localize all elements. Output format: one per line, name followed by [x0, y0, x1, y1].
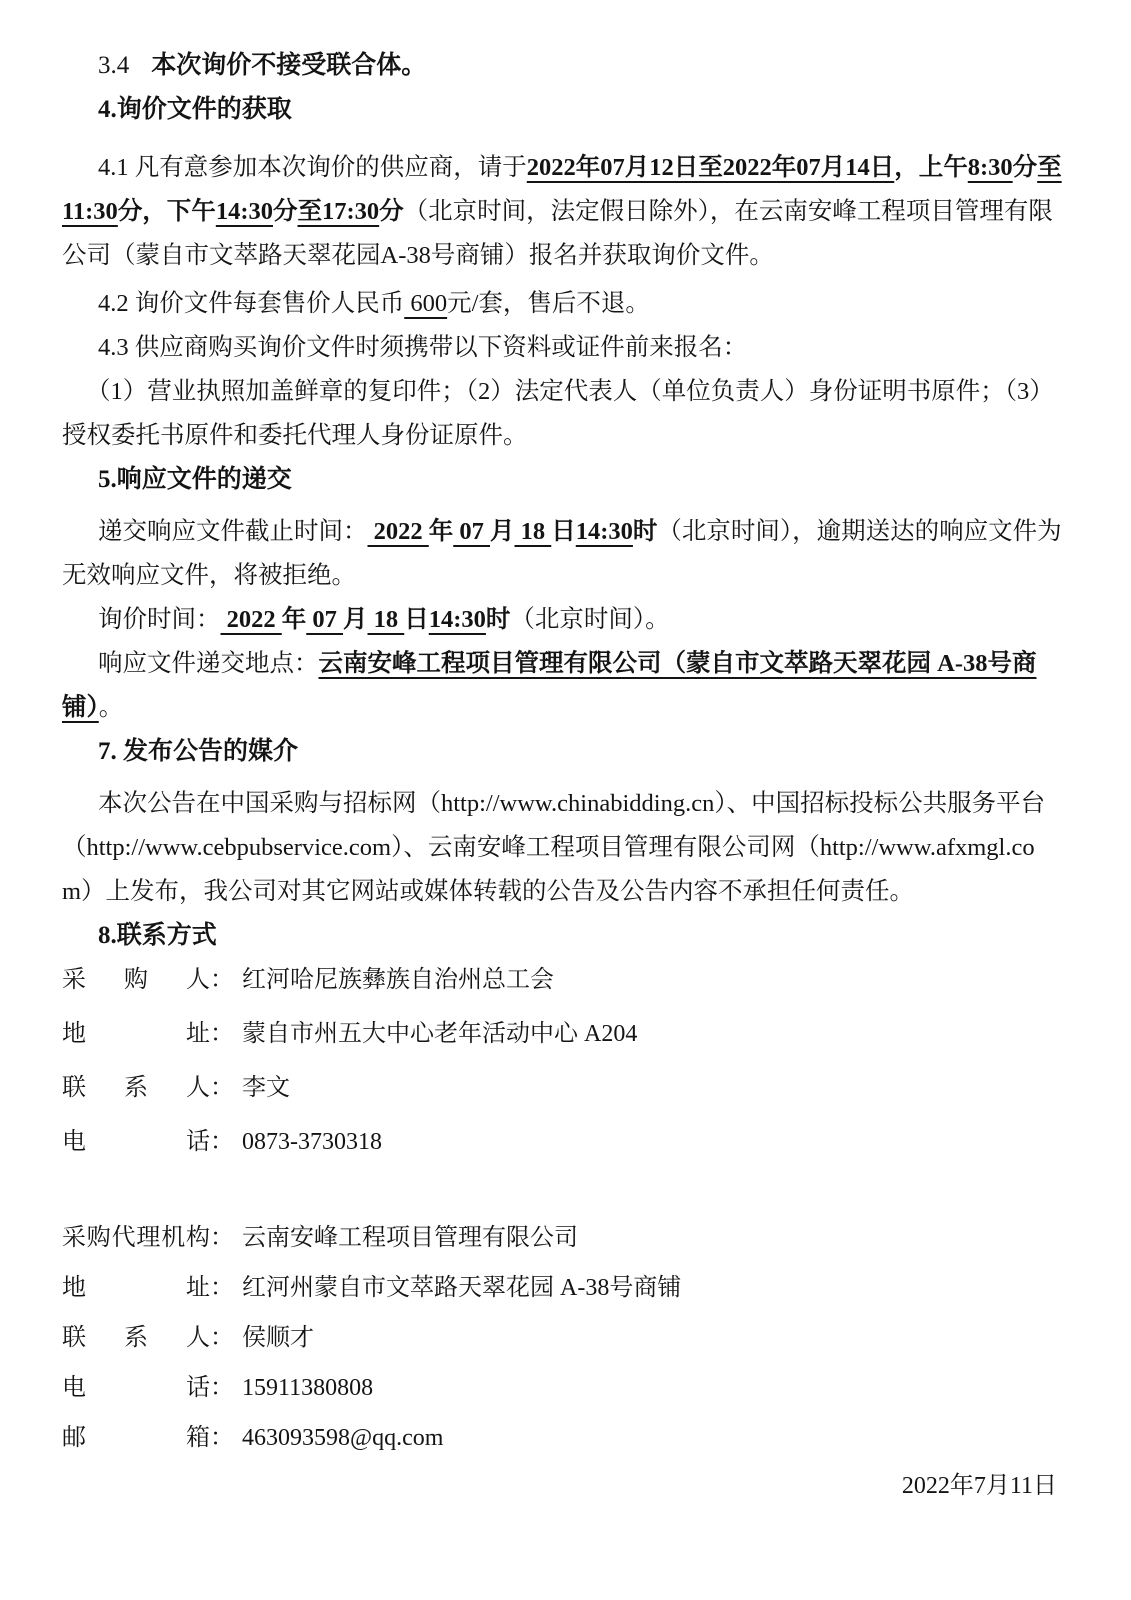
paragraph-5-deadline: 递交响应文件截止时间： 2022 年 07 月 18 日14:30时（北京时间）… [62, 510, 1065, 598]
text-run: ，上午 [894, 154, 968, 181]
text-run-time: 14:30 [576, 518, 633, 545]
contact-row-phone: 电话：0873-3730318 [62, 1128, 1065, 1182]
text-run: 。 [99, 694, 124, 721]
contact-row-address: 地址：红河州蒙自市文萃路天翠花园 A-38号商铺 [62, 1274, 1065, 1324]
document-content: 3.4本次询价不接受联合体。 4.询价文件的获取 4.1 凡有意参加本次询价的供… [0, 0, 1131, 1474]
contact-value: 15911380808 [234, 1375, 373, 1401]
text-run-time: 14:30 [429, 606, 486, 633]
paragraph-4-2: 4.2 询价文件每套售价人民币 600元/套，售后不退。 [62, 282, 1065, 326]
text-run: 4.2 询价文件每套售价人民币 [98, 290, 404, 317]
contact-row-email: 邮箱：463093598@qq.com [62, 1424, 1065, 1474]
contact-colon: ： [210, 967, 234, 993]
document-date: 2022年7月11日 [902, 1472, 1057, 1500]
text-run: 询价时间： [98, 606, 221, 633]
text-run-day: 18 [515, 518, 552, 545]
contact-colon: ： [210, 1129, 234, 1155]
text-run-time: 8:30 [968, 154, 1013, 181]
section-heading-5: 5.响应文件的递交 [62, 458, 1065, 502]
contact-label: 地址 [62, 1020, 210, 1048]
contact-value: 0873-3730318 [234, 1129, 382, 1155]
text-run-year: 2022 [221, 606, 282, 633]
clause-3-4: 3.4本次询价不接受联合体。 [62, 44, 1065, 88]
contact-colon: ： [210, 1425, 234, 1451]
contact-colon: ： [210, 1375, 234, 1401]
paragraph-4-3: 4.3 供应商购买询价文件时须携带以下资料或证件前来报名： [62, 326, 1065, 370]
section-heading-4: 4.询价文件的获取 [62, 88, 1065, 132]
clause-text: 本次询价不接受联合体。 [151, 52, 426, 79]
contact-colon: ： [210, 1075, 234, 1101]
clause-number: 3.4 [98, 52, 129, 79]
contact-label: 采购代理机构 [62, 1224, 210, 1252]
contact-label: 联系人 [62, 1074, 210, 1102]
contact-row-buyer: 采购人：红河哈尼族彝族自治州总工会 [62, 966, 1065, 1020]
document-page: 3.4本次询价不接受联合体。 4.询价文件的获取 4.1 凡有意参加本次询价的供… [0, 0, 1131, 1600]
text-run: 响应文件递交地点： [98, 650, 319, 677]
contact-row-phone: 电话：15911380808 [62, 1374, 1065, 1424]
text-run: 月 [343, 606, 368, 633]
section-heading-8: 8.联系方式 [62, 914, 1065, 958]
buyer-contact-block: 采购人：红河哈尼族彝族自治州总工会 地址：蒙自市州五大中心老年活动中心 A204… [62, 966, 1065, 1182]
text-run: 时 [633, 518, 658, 545]
contact-value: 蒙自市州五大中心老年活动中心 A204 [234, 1021, 637, 1047]
contact-colon: ： [210, 1275, 234, 1301]
text-run: 月 [490, 518, 515, 545]
text-run-month: 07 [306, 606, 343, 633]
paragraph-4-3-items: （1）营业执照加盖鲜章的复印件；（2）法定代表人（单位负责人）身份证明书原件；（… [62, 370, 1065, 458]
text-run-time: 14:30 [216, 198, 273, 225]
paragraph-5-inquiry-time: 询价时间： 2022 年 07 月 18 日14:30时（北京时间）。 [62, 598, 1065, 642]
text-run: （北京时间）。 [510, 606, 669, 633]
text-run-price: 600 [404, 290, 447, 317]
contact-value: 红河州蒙自市文萃路天翠花园 A-38号商铺 [234, 1275, 681, 1301]
text-run-month: 07 [453, 518, 490, 545]
agent-contact-block: 采购代理机构：云南安峰工程项目管理有限公司 地址：红河州蒙自市文萃路天翠花园 A… [62, 1224, 1065, 1474]
text-run-year: 2022 [368, 518, 429, 545]
contact-row-person: 联系人：李文 [62, 1074, 1065, 1128]
section-heading-7: 7. 发布公告的媒介 [62, 730, 1065, 774]
contact-row-agency: 采购代理机构：云南安峰工程项目管理有限公司 [62, 1224, 1065, 1274]
paragraph-4-1: 4.1 凡有意参加本次询价的供应商，请于2022年07月12日至2022年07月… [62, 146, 1065, 278]
contact-label: 邮箱 [62, 1424, 210, 1452]
text-run: 4.1 凡有意参加本次询价的供应商，请于 [98, 154, 527, 181]
contact-label: 地址 [62, 1274, 210, 1302]
contact-row-address: 地址：蒙自市州五大中心老年活动中心 A204 [62, 1020, 1065, 1074]
text-run: 日 [551, 518, 576, 545]
contact-value: 463093598@qq.com [234, 1425, 443, 1451]
contact-label: 电话 [62, 1128, 210, 1156]
contact-value: 云南安峰工程项目管理有限公司 [234, 1225, 578, 1251]
paragraph-7-media: 本次公告在中国采购与招标网（http://www.chinabidding.cn… [62, 782, 1065, 914]
contact-value: 李文 [234, 1075, 290, 1101]
contact-label: 联系人 [62, 1324, 210, 1352]
text-run: 分 [273, 198, 298, 225]
text-run: 年 [429, 518, 454, 545]
contact-colon: ： [210, 1225, 234, 1251]
contact-value: 侯顺才 [234, 1325, 314, 1351]
contact-row-person: 联系人：侯顺才 [62, 1324, 1065, 1374]
text-run: 递交响应文件截止时间： [98, 518, 368, 545]
contact-colon: ： [210, 1021, 234, 1047]
contact-label: 电话 [62, 1374, 210, 1402]
text-run: 分 [1013, 154, 1038, 181]
text-run: 时 [486, 606, 511, 633]
paragraph-5-delivery-place: 响应文件递交地点：云南安峰工程项目管理有限公司（蒙自市文萃路天翠花园 A-38号… [62, 642, 1065, 730]
text-run: 日 [404, 606, 429, 633]
text-run: 分，下午 [118, 198, 216, 225]
text-run: 元/套，售后不退。 [447, 290, 650, 317]
text-run: 年 [282, 606, 307, 633]
contact-value: 红河哈尼族彝族自治州总工会 [234, 967, 554, 993]
text-run-date-range: 2022年07月12日至2022年07月14日 [527, 154, 895, 181]
contact-label: 采购人 [62, 966, 210, 994]
text-run-day: 18 [368, 606, 405, 633]
text-run-time: 至17:30 [297, 198, 379, 225]
contact-colon: ： [210, 1325, 234, 1351]
text-run: 分 [379, 198, 404, 225]
